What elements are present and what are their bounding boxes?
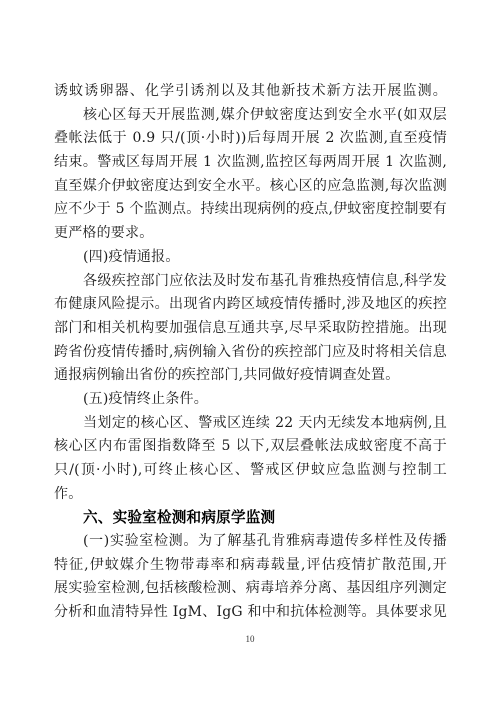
text-line: 展实验室检测,包括核酸检测、病毒培养分离、基因组序列测定 [54, 577, 447, 601]
page-number: 10 [0, 634, 500, 644]
text-line: 只/(顶·小时),可终止核心区、警戒区伊蚊应急监测与控制工 [54, 459, 447, 483]
text-line: 诱蚊诱卵器、化学引诱剂以及其他新技术新方法开展监测。 [54, 80, 447, 104]
text-line: 部门和相关机构要加强信息互通共享,尽早采取防控措施。出现 [54, 317, 447, 341]
text-line: 跨省份疫情传播时,病例输入省份的疾控部门应及时将相关信息 [54, 341, 447, 365]
text-line: 核心区每天开展监测,媒介伊蚊密度达到安全水平(如双层 [54, 104, 447, 128]
document-page: 诱蚊诱卵器、化学引诱剂以及其他新技术新方法开展监测。核心区每天开展监测,媒介伊蚊… [0, 0, 500, 707]
text-line: 通报病例输出省份的疾控部门,共同做好疫情调查处置。 [54, 364, 447, 388]
document-body: 诱蚊诱卵器、化学引诱剂以及其他新技术新方法开展监测。核心区每天开展监测,媒介伊蚊… [54, 80, 447, 625]
text-line: (五)疫情终止条件。 [54, 388, 447, 412]
text-line: 更严格的要求。 [54, 222, 447, 246]
text-line: 当划定的核心区、警戒区连续 22 天内无续发本地病例,且 [54, 412, 447, 436]
text-line: 叠帐法低于 0.9 只/(顶·小时))后每周开展 2 次监测,直至疫情 [54, 127, 447, 151]
text-line: 直至媒介伊蚊密度达到安全水平。核心区的应急监测,每次监测 [54, 175, 447, 199]
text-line: 作。 [54, 483, 447, 507]
text-line: (一)实验室检测。为了解基孔肯雅病毒遗传多样性及传播 [54, 530, 447, 554]
text-line: (四)疫情通报。 [54, 246, 447, 270]
text-line: 结束。警戒区每周开展 1 次监测,监控区每两周开展 1 次监测, [54, 151, 447, 175]
text-line: 核心区内布雷图指数降至 5 以下,双层叠帐法成蚊密度不高于 0.9 [54, 435, 447, 459]
text-line: 布健康风险提示。出现省内跨区域疫情传播时,涉及地区的疾控 [54, 293, 447, 317]
text-line: 应不少于 5 个监测点。持续出现病例的疫点,伊蚊密度控制要有 [54, 198, 447, 222]
text-line: 特征,伊蚊媒介生物带毒率和病毒载量,评估疫情扩散范围,开 [54, 554, 447, 578]
section-heading: 六、实验室检测和病原学监测 [54, 506, 447, 530]
text-line: 分析和血清特异性 IgM、IgG 和中和抗体检测等。具体要求见《基 [54, 601, 447, 625]
text-line: 各级疾控部门应依法及时发布基孔肯雅热疫情信息,科学发 [54, 270, 447, 294]
